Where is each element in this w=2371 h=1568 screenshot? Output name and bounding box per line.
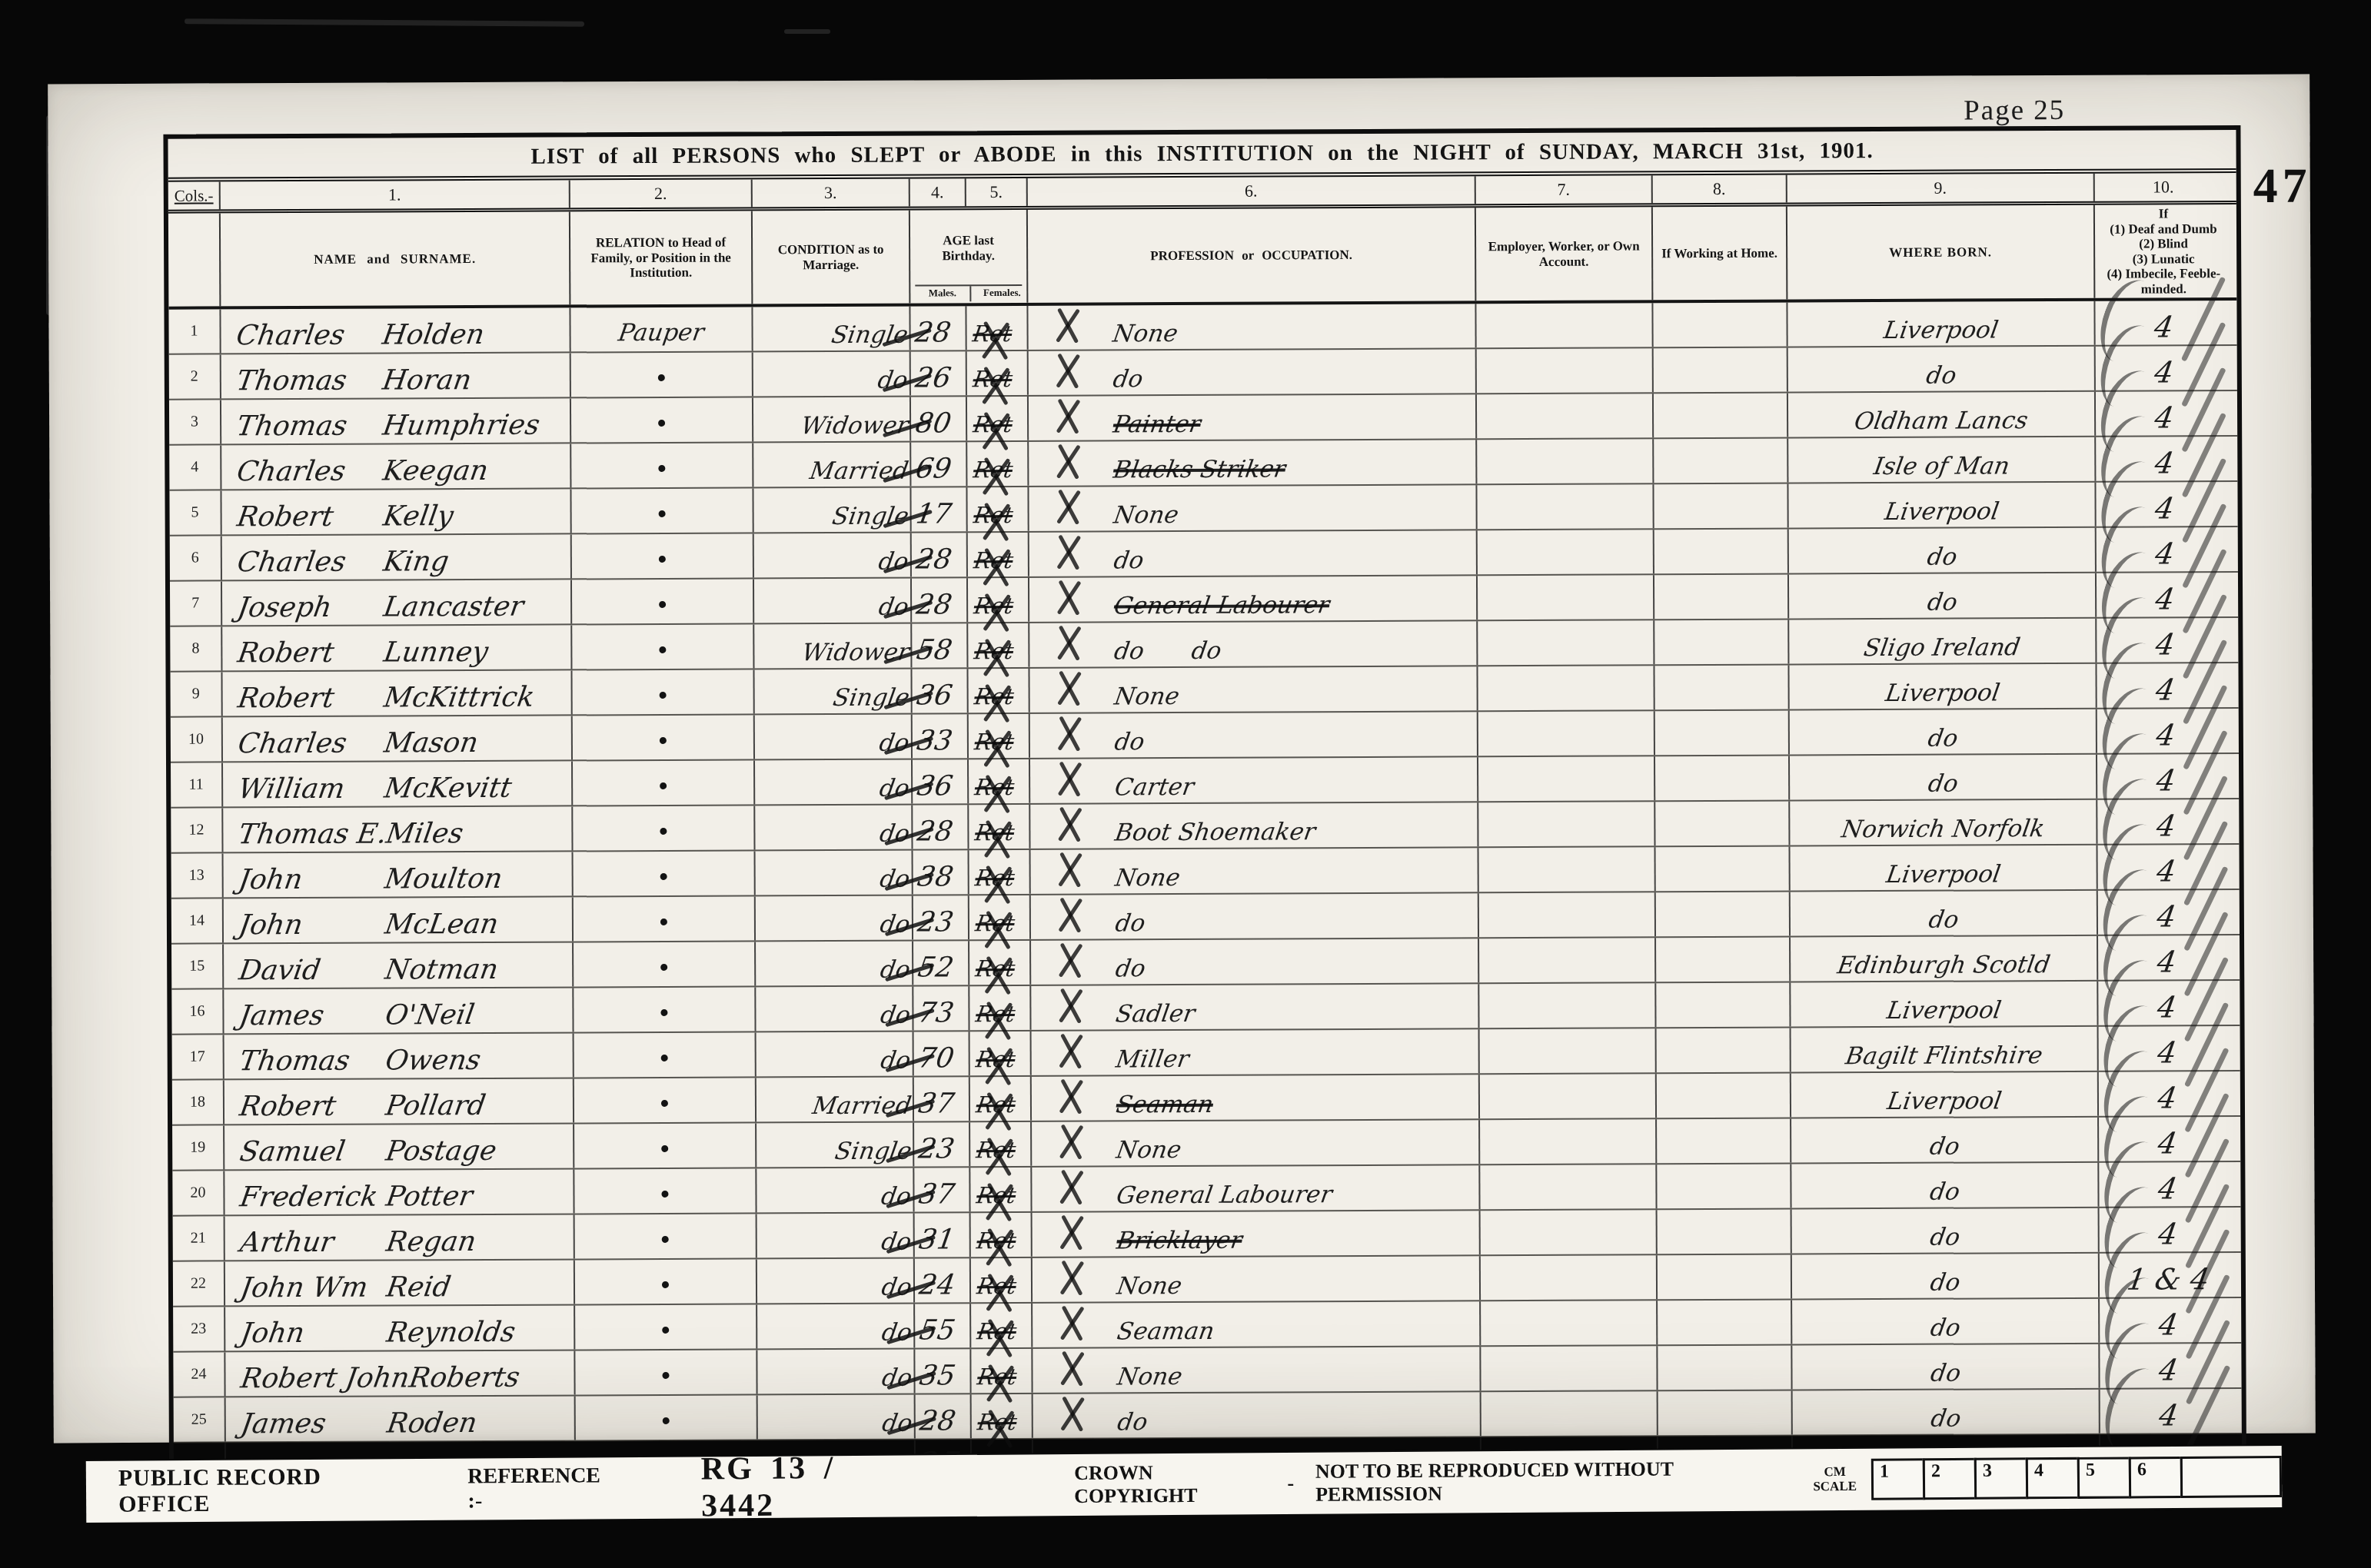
employer-cell xyxy=(1479,893,1656,938)
ret-annotation: Ret xyxy=(974,1048,1016,1071)
relation-cell: Pauper xyxy=(570,307,753,352)
age-value: 80 xyxy=(913,410,953,438)
where-born-cell: Edinburgh Scotld xyxy=(1791,936,2098,982)
forename: Arthur xyxy=(238,1229,389,1257)
ret-annotation: Ret xyxy=(973,686,1015,708)
scale-box: 6 xyxy=(2129,1457,2183,1498)
header-infirmity: If(1) Deaf and Dumb(2) Blind(3) Lunatic(… xyxy=(2095,204,2233,298)
age-females-cell: Ret xyxy=(968,578,1029,622)
working-home-cell xyxy=(1656,892,1791,937)
age-males-cell: 33 xyxy=(913,714,969,758)
occupation-cell: do xyxy=(1031,894,1479,940)
cross-mark xyxy=(1051,624,1083,663)
where-born-cell: do xyxy=(1791,891,2098,936)
ditto-dot xyxy=(663,1417,670,1424)
employer-cell xyxy=(1477,394,1654,439)
surname: Holden xyxy=(381,321,487,350)
working-home-cell xyxy=(1654,530,1789,574)
row-number: 23 xyxy=(173,1307,225,1351)
where-born-value: do xyxy=(1928,1135,1961,1159)
occupation-value: do do xyxy=(1112,639,1223,664)
where-born-cell: do xyxy=(1792,1344,2100,1390)
where-born-value: Sligo Ireland xyxy=(1862,636,2022,661)
relation-cell xyxy=(574,942,756,987)
surname: Mason xyxy=(382,729,480,758)
where-born-value: do xyxy=(1929,1362,1962,1386)
surname: Reynolds xyxy=(385,1319,517,1347)
cross-mark xyxy=(1051,533,1083,572)
employer-cell xyxy=(1478,757,1655,802)
separator-dash: - xyxy=(1287,1472,1294,1495)
scale-box-empty xyxy=(2180,1456,2282,1498)
cross-mark xyxy=(1050,488,1082,527)
occupation-cell: None xyxy=(1029,667,1478,713)
ret-annotation: Ret xyxy=(972,368,1014,390)
name-cell: Frederick Potter xyxy=(224,1170,574,1215)
where-born-cell: do xyxy=(1792,1254,2100,1299)
scale-box: 1 xyxy=(1871,1458,1925,1500)
age-females-cell: Ret xyxy=(967,487,1029,531)
row-number: 19 xyxy=(172,1126,224,1170)
margin-folio-number: 47 xyxy=(2253,158,2312,214)
relation-cell xyxy=(575,1260,757,1304)
name-cell: Robert Pollard xyxy=(224,1079,574,1125)
occupation-value: do xyxy=(1111,367,1144,391)
scale-box: 4 xyxy=(2026,1457,2080,1499)
cm-scale-ruler: 123456 xyxy=(1874,1456,2282,1500)
employer-cell xyxy=(1481,1256,1658,1301)
age-value: 28 xyxy=(918,1408,957,1436)
working-home-cell xyxy=(1656,938,1791,982)
age-value: 35 xyxy=(918,1363,957,1390)
relation-cell xyxy=(575,1350,757,1395)
age-value: 38 xyxy=(916,864,955,892)
employer-cell xyxy=(1479,938,1656,983)
col-number-8: 8. xyxy=(1653,175,1787,204)
cross-mark xyxy=(1052,851,1085,889)
employer-cell xyxy=(1481,1392,1658,1437)
age-males-cell: 69 xyxy=(911,442,967,486)
surname: Postage xyxy=(384,1138,499,1166)
occupation-cell: None xyxy=(1033,1257,1481,1303)
age-females-cell: Ret xyxy=(967,442,1029,486)
relation-cell xyxy=(574,852,756,896)
working-home-cell xyxy=(1655,711,1790,756)
occupation-cell: Seaman xyxy=(1033,1302,1481,1348)
occupation-cell: Boot Shoemaker xyxy=(1030,803,1478,849)
where-born-cell: Liverpool xyxy=(1787,301,2095,347)
age-females-cell: Ret xyxy=(968,533,1029,576)
cross-mark xyxy=(1053,1123,1086,1161)
employer-cell xyxy=(1479,848,1656,892)
age-females-cell: Ret xyxy=(968,669,1029,713)
infirmity-value: 4 xyxy=(2154,676,2177,705)
working-home-cell xyxy=(1656,847,1791,892)
occupation-value: do xyxy=(1114,912,1147,935)
occupation-value: None xyxy=(1113,866,1182,890)
surname: Horan xyxy=(381,367,473,395)
col-number-5: 5. xyxy=(966,178,1028,206)
age-males-cell: 17 xyxy=(911,487,967,531)
cross-mark xyxy=(1050,397,1082,436)
col-number-10: 10. xyxy=(2095,173,2232,201)
age-males-cell: 55 xyxy=(915,1304,971,1347)
row-number: 14 xyxy=(171,899,224,943)
header-where-born: WHERE BORN. xyxy=(1787,205,2096,300)
where-born-cell: do xyxy=(1790,709,2097,755)
employer-cell xyxy=(1480,1120,1657,1164)
name-cell: Robert Kelly xyxy=(221,490,571,535)
forename: Samuel xyxy=(238,1138,388,1167)
employer-cell xyxy=(1478,621,1654,666)
census-page: Page 25 47 LIST of all PERSONS who SLEPT… xyxy=(48,75,2316,1443)
name-cell: Arthur Regan xyxy=(225,1215,575,1261)
working-home-cell xyxy=(1653,303,1787,347)
employer-cell xyxy=(1478,530,1654,575)
ret-annotation: Ret xyxy=(975,1094,1017,1116)
surname: Pollard xyxy=(384,1092,487,1121)
ditto-dot xyxy=(662,1327,669,1334)
age-females-cell: Ret xyxy=(967,397,1029,440)
column-headers-row: NAME and SURNAME. RELATION to Head of Fa… xyxy=(168,204,2237,310)
occupation-cell: do do xyxy=(1029,622,1478,668)
age-value: 36 xyxy=(915,773,954,801)
employer-cell xyxy=(1477,440,1654,484)
age-females-cell: Ret xyxy=(970,1122,1032,1166)
age-males-cell: 70 xyxy=(914,1031,970,1075)
condition-value: Widower xyxy=(800,641,911,666)
surname: McLean xyxy=(383,911,500,939)
relation-cell xyxy=(574,1124,757,1168)
where-born-value: Norwich Norfolk xyxy=(1840,817,2046,842)
employer-cell xyxy=(1481,1347,1658,1391)
row-number: 2 xyxy=(169,355,221,399)
occupation-value: None xyxy=(1116,1274,1184,1298)
surname: McKevitt xyxy=(383,775,514,803)
infirmity-value: 4 xyxy=(2154,812,2177,841)
employer-cell xyxy=(1478,666,1654,711)
ditto-dot xyxy=(660,1009,667,1016)
cross-mark xyxy=(1052,942,1085,980)
name-cell: John McLean xyxy=(224,898,574,943)
where-born-cell: Liverpool xyxy=(1791,845,2098,891)
relation-value: Pauper xyxy=(617,321,706,346)
working-home-cell xyxy=(1658,1210,1792,1254)
row-number: 9 xyxy=(170,673,222,716)
col-number-6: 6. xyxy=(1028,176,1476,206)
header-relation: RELATION to Head of Family, or Position … xyxy=(570,211,753,304)
forename: Robert xyxy=(236,639,387,668)
working-home-cell xyxy=(1658,1346,1792,1390)
working-home-cell xyxy=(1654,666,1789,710)
age-value: 73 xyxy=(916,1000,956,1028)
col-number-2: 2. xyxy=(570,179,753,208)
where-born-cell: do xyxy=(1789,528,2097,573)
age-males-cell: 23 xyxy=(913,895,969,939)
surname: Owens xyxy=(384,1047,483,1075)
page-number: Page 25 xyxy=(1964,94,2065,128)
employer-cell xyxy=(1481,1301,1658,1346)
relation-cell xyxy=(573,761,755,806)
occupation-value: None xyxy=(1111,322,1179,346)
occupation-cell: None xyxy=(1029,486,1477,532)
header-working-home: If Working at Home. xyxy=(1653,207,1788,301)
employer-cell xyxy=(1478,802,1655,847)
cross-mark xyxy=(1053,1032,1086,1071)
ditto-dot xyxy=(659,646,666,653)
row-number: 11 xyxy=(171,763,223,807)
ditto-dot xyxy=(661,1055,668,1061)
occupation-cell: do xyxy=(1029,350,1477,396)
employer-cell xyxy=(1480,1029,1657,1074)
working-home-cell xyxy=(1654,348,1788,393)
age-females-cell: Ret xyxy=(969,805,1030,849)
working-home-cell xyxy=(1658,1301,1792,1345)
age-value: 36 xyxy=(915,683,954,710)
ditto-dot xyxy=(662,1281,669,1288)
occupation-value: do xyxy=(1116,1410,1149,1434)
age-males-cell: 26 xyxy=(911,351,967,395)
where-born-cell: Norwich Norfolk xyxy=(1790,800,2097,845)
cols-label: Cols.- xyxy=(168,181,221,209)
ret-annotation: Ret xyxy=(976,1411,1019,1433)
forename: Charles xyxy=(235,458,386,487)
reference-label: REFERENCE :- xyxy=(467,1463,609,1513)
age-females-cell: Ret xyxy=(969,986,1031,1030)
age-value: 17 xyxy=(914,501,953,529)
age-value: 28 xyxy=(916,819,955,846)
forename: Robert xyxy=(238,1093,388,1121)
ret-annotation: Ret xyxy=(976,1366,1018,1388)
name-cell: Charles Keegan xyxy=(221,444,571,490)
ret-annotation: Ret xyxy=(976,1275,1018,1297)
surname: King xyxy=(381,548,451,576)
relation-cell xyxy=(576,1396,758,1440)
age-males-cell: 80 xyxy=(911,397,967,440)
occupation-value: Painter xyxy=(1112,413,1202,437)
cross-mark xyxy=(1053,1078,1086,1116)
forename: Charles xyxy=(236,730,387,759)
occupation-cell: Carter xyxy=(1030,758,1478,804)
where-born-value: do xyxy=(1929,1407,1962,1431)
infirmity-value: 4 xyxy=(2154,721,2177,750)
relation-cell xyxy=(572,580,754,624)
scale-box: 3 xyxy=(1974,1457,2028,1499)
forename: John xyxy=(237,912,387,940)
occupation-cell: do xyxy=(1030,713,1478,759)
ditto-dot xyxy=(661,1145,668,1152)
occupation-cell: General Labourer xyxy=(1032,1166,1480,1212)
employer-cell xyxy=(1477,485,1654,530)
relation-cell xyxy=(574,988,756,1032)
where-born-cell: Liverpool xyxy=(1789,664,2097,709)
where-born-cell: Liverpool xyxy=(1788,483,2096,528)
age-males-cell: 37 xyxy=(914,1168,970,1211)
row-number: 6 xyxy=(170,537,222,580)
occupation-value: None xyxy=(1112,503,1180,527)
where-born-value: do xyxy=(1924,364,1957,388)
surname: Lancaster xyxy=(382,593,526,622)
surname: Potter xyxy=(384,1183,474,1211)
name-cell: John Wm Reid xyxy=(225,1261,575,1306)
ret-annotation: Ret xyxy=(974,958,1016,980)
where-born-cell: do xyxy=(1792,1299,2100,1344)
header-profession: PROFESSION or OCCUPATION. xyxy=(1028,208,1477,303)
where-born-value: Liverpool xyxy=(1884,682,2001,706)
working-home-cell xyxy=(1654,394,1788,438)
infirmity-value: 4 xyxy=(2154,766,2177,796)
where-born-value: Liverpool xyxy=(1882,319,2000,344)
ditto-dot xyxy=(661,1191,668,1198)
age-value: 28 xyxy=(914,592,953,620)
forename: Robert xyxy=(236,685,387,713)
name-cell: James Roden xyxy=(226,1397,576,1442)
age-value: 70 xyxy=(916,1045,956,1073)
infirmity-value: 4 xyxy=(2153,404,2176,433)
header-age-females: Females. xyxy=(971,286,1033,301)
forename: David xyxy=(237,957,387,985)
relation-cell xyxy=(572,670,754,715)
age-females-cell: Ret xyxy=(971,1213,1033,1257)
ditto-dot xyxy=(659,510,666,517)
surname: Regan xyxy=(384,1228,478,1257)
occupation-cell: Bricklayer xyxy=(1033,1211,1481,1257)
copyright-label: CROWN COPYRIGHT xyxy=(1074,1460,1266,1508)
age-males-cell: 36 xyxy=(913,759,969,803)
ret-annotation: Ret xyxy=(975,1184,1017,1207)
surname: Moulton xyxy=(383,865,504,894)
ret-annotation: Ret xyxy=(974,1003,1016,1025)
relation-cell xyxy=(575,1214,757,1259)
age-females-cell: Ret xyxy=(969,714,1030,758)
working-home-cell xyxy=(1657,1164,1791,1209)
forename: John xyxy=(238,1320,389,1348)
age-value: 69 xyxy=(914,456,953,483)
row-number: 22 xyxy=(173,1262,225,1306)
infirmity-value: 4 xyxy=(2157,1220,2180,1249)
row-number: 8 xyxy=(170,627,222,671)
employer-cell xyxy=(1481,1211,1658,1255)
ditto-dot xyxy=(659,601,666,608)
cross-mark xyxy=(1050,443,1082,481)
where-born-value: Liverpool xyxy=(1883,500,2000,525)
age-females-cell: Ret xyxy=(969,941,1031,985)
ditto-dot xyxy=(660,828,667,835)
ret-annotation: Ret xyxy=(974,912,1016,935)
ret-annotation: Ret xyxy=(972,504,1014,527)
forename: Charles xyxy=(235,549,386,577)
age-value: 26 xyxy=(913,365,953,393)
relation-cell xyxy=(571,489,753,533)
forename: James xyxy=(238,1002,388,1031)
reference-value: RG 13 / 3442 xyxy=(701,1449,909,1524)
name-cell: John Reynolds xyxy=(225,1306,575,1351)
age-females-cell: Ret xyxy=(971,1304,1033,1347)
col-number-1: 1. xyxy=(221,180,570,209)
where-born-cell: do xyxy=(1789,573,2097,619)
employer-cell xyxy=(1480,1075,1657,1119)
occupation-value: do xyxy=(1113,730,1146,754)
where-born-cell: Liverpool xyxy=(1791,1072,2099,1118)
where-born-value: do xyxy=(1925,546,1958,570)
col-number-4: 4. xyxy=(910,178,966,206)
age-males-cell: 28 xyxy=(913,805,969,849)
infirmity-cell: 4 xyxy=(2100,1389,2237,1433)
ditto-dot xyxy=(662,1372,669,1379)
working-home-cell xyxy=(1658,1391,1793,1436)
age-value: 33 xyxy=(915,728,954,756)
row-number: 12 xyxy=(171,809,223,852)
age-females-cell: Ret xyxy=(969,759,1030,803)
cross-mark xyxy=(1054,1259,1086,1297)
ditto-dot xyxy=(661,1100,668,1107)
surname: Kelly xyxy=(381,503,455,530)
occupation-value: General Labourer xyxy=(1115,1183,1334,1208)
infirmity-value: 4 xyxy=(2157,1311,2180,1340)
age-females-cell: Ret xyxy=(971,1349,1033,1393)
row-number: 15 xyxy=(171,945,224,988)
age-males-cell: 38 xyxy=(913,850,969,894)
forename: Thomas E. xyxy=(237,821,389,849)
employer-cell xyxy=(1478,712,1655,756)
header-condition: CONDITION as to Marriage. xyxy=(753,211,911,304)
forename: Thomas xyxy=(234,413,385,441)
where-born-value: Isle of Man xyxy=(1872,455,2011,480)
working-home-cell xyxy=(1655,802,1790,846)
cross-mark xyxy=(1049,307,1082,345)
working-home-cell xyxy=(1654,575,1789,620)
cross-mark xyxy=(1055,1395,1087,1433)
forename: John Wm xyxy=(238,1274,389,1303)
ret-annotation: Ret xyxy=(973,867,1016,889)
where-born-value: do xyxy=(1928,1181,1961,1204)
where-born-cell: do xyxy=(1788,347,2096,392)
occupation-cell: None xyxy=(1032,1121,1480,1167)
occupation-cell: do xyxy=(1033,1393,1481,1439)
row-number: 10 xyxy=(171,718,223,762)
occupation-value: Seaman xyxy=(1116,1320,1216,1344)
relation-cell xyxy=(574,897,756,942)
occupation-value: Boot Shoemaker xyxy=(1113,821,1317,845)
ret-annotation: Ret xyxy=(973,731,1016,753)
cross-mark xyxy=(1052,806,1084,844)
cross-mark xyxy=(1054,1304,1086,1343)
infirmity-value: 1 & 4 xyxy=(2125,1264,2211,1294)
ret-annotation: Ret xyxy=(973,595,1015,617)
where-born-value: do xyxy=(1928,1271,1961,1295)
col-number-9: 9. xyxy=(1787,174,2095,203)
ditto-dot xyxy=(660,692,667,699)
cross-mark xyxy=(1051,579,1083,617)
where-born-value: Liverpool xyxy=(1884,863,2002,888)
cross-mark xyxy=(1052,896,1085,935)
where-born-cell: do xyxy=(1791,1118,2099,1163)
relation-cell xyxy=(572,625,754,669)
condition-value: Widower xyxy=(799,414,909,439)
occupation-value: Miller xyxy=(1114,1048,1190,1071)
age-value: 37 xyxy=(916,1091,956,1118)
name-cell: Charles King xyxy=(222,535,572,580)
row-number: 18 xyxy=(172,1081,224,1125)
occupation-cell: Blacks Striker xyxy=(1029,440,1477,487)
name-cell: Robert McKittrick xyxy=(222,671,572,716)
name-cell: Charles Holden xyxy=(221,308,570,354)
header-age-title: AGE last Birthday. xyxy=(915,211,1022,285)
where-born-value: do xyxy=(1928,1226,1961,1250)
row-number: 21 xyxy=(173,1217,225,1261)
ditto-dot xyxy=(660,737,667,744)
ret-annotation: Ret xyxy=(976,1230,1018,1252)
